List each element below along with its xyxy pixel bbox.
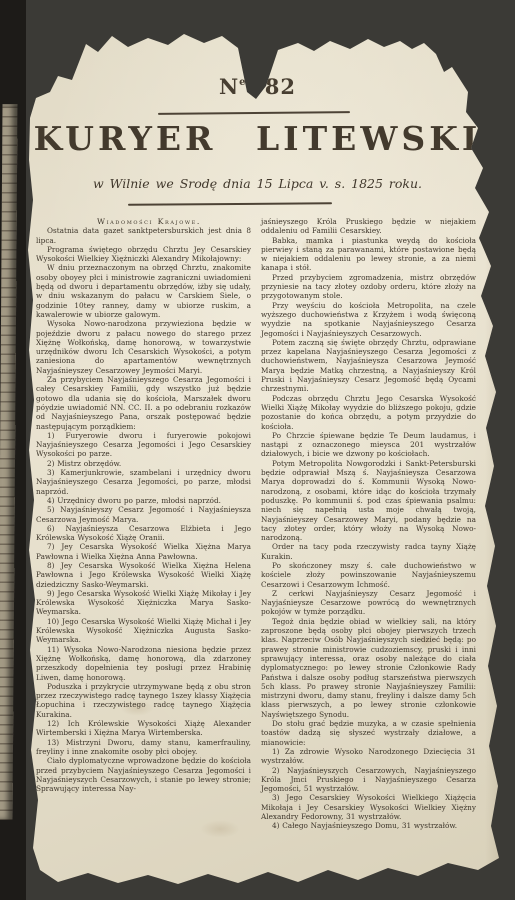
paragraph: 9) Jego Cesarska Wysokość Wielki Xiążę M… [36,589,251,617]
paragraph: Order na tacy poda rzeczywisty radca tay… [261,542,476,561]
paragraph: 7) Jey Cesarska Wysokość Wielka Xiężna M… [36,542,251,561]
paragraph: W dniu przeznaczonym na obrzęd Chrztu, z… [36,263,251,319]
paragraph: Przy weyściu do kościoła Metropolita, na… [261,301,476,338]
paragraph: 3) Jego Cesarskiey Wysokości Wielkiego X… [261,793,476,821]
scanned-newspaper-page: Ner82 KURYER LITEWSKI w Wilnie we Srodę … [0,0,515,900]
column-left-paragraphs: Ostatnia data gazet sanktpetersburskich … [36,226,251,793]
column-right-paragraphs: jaśnieyszego Króla Pruskiego będzie w ni… [261,217,476,831]
issue-number: 82 [265,74,296,99]
paragraph: 4) Urzędnicy dworu po parze, młodsi napr… [36,496,251,505]
paragraph: Podczas obrzędu Chrztu Jego Cesarska Wys… [261,394,476,431]
newspaper-sheet: Ner82 KURYER LITEWSKI w Wilnie we Srodę … [0,0,515,900]
paragraph: Wysoka Nowo-narodzona przywieziona będzi… [36,319,251,375]
paragraph: 5) Nayjaśnieyszy Cesarz Jegomość i Nayja… [36,505,251,524]
column-right: jaśnieyszego Króla Pruskiego będzie w ni… [261,217,476,831]
paragraph: Babka, mamka i piastunka weydą do kościo… [261,236,476,273]
adjacent-page-sliver [0,0,26,900]
paragraph: 12) Ich Królewskie Wysokości Xiążę Alexa… [36,719,251,738]
paragraph: jaśnieyszego Króla Pruskiego będzie w ni… [261,217,476,236]
paragraph: 6) Nayjaśnieysza Cesarzowa Elżbieta i Je… [36,524,251,543]
paragraph: Po Chrzcie śpiewane będzie Te Deum lauda… [261,431,476,459]
paragraph: 2) Nayjaśnieyszych Cesarzowych, Nayjaśni… [261,766,476,794]
paragraph: Ciało dyplomatyczne wprowadzone będzie d… [36,756,251,793]
paragraph: Ostatnia data gazet sanktpetersburskich … [36,226,251,245]
adjacent-page-text-edge [0,104,17,820]
paragraph: 2) Mistrz obrzędów. [36,459,251,468]
paragraph: Z cerkwi Nayjaśnieyszy Cesarz Jegomość i… [261,589,476,617]
paragraph: Po skończoney mszy ś. całe duchowieństwo… [261,561,476,589]
paragraph: Do stołu grać będzie muzyka, a w czasie … [261,719,476,747]
paragraph: 13) Mistrzyni Dworu, damy stanu, kamerfr… [36,738,251,757]
issue-prefix: N [219,74,239,99]
dateline: w Wilnie we Srodę dnia 15 Lipca v. s. 18… [0,176,515,191]
paragraph: 1) Furyerowie dworu i furyerowie pokojow… [36,431,251,459]
issue-number-line: Ner82 [0,74,515,99]
newspaper-title: KURYER LITEWSKI [0,119,515,158]
header-rule-top [158,111,350,115]
paragraph: 4) Całego Nayjaśnieyszego Domu, 31 wystr… [261,821,476,830]
paragraph: Poduszka i przykrycie utrzymywane będą z… [36,682,251,719]
issue-superscript: er [239,77,251,88]
paragraph: 10) Jego Cesarska Wysokość Wielki Xiążę … [36,617,251,645]
column-left: Wiadomości Krajowe. Ostatnia data gazet … [36,217,251,831]
paragraph: Za przybyciem Nayjaśnieyszego Cesarza Je… [36,375,251,431]
paragraph: Potym Metropolita Nowgorodzki i Sankt-Pe… [261,459,476,543]
paragraph: Przed przybyciem zgromadzenia, mistrz ob… [261,273,476,301]
paragraph: 11) Wysoka Nowo-Narodzona niesiona będzi… [36,645,251,682]
paragraph: 8) Jey Cesarska Wysokość Wielka Xiężna H… [36,561,251,589]
section-heading: Wiadomości Krajowe. [36,217,251,226]
paragraph: Programa świętego obrzędu Chrztu Jey Ces… [36,245,251,264]
header-rule-bottom [128,202,332,205]
paragraph: 3) Kamerjunkrowie, szambelani i urzędnic… [36,468,251,496]
body-columns: Wiadomości Krajowe. Ostatnia data gazet … [36,217,476,831]
paragraph: Tegoż dnia będzie obiad w wielkiey sali,… [261,617,476,719]
paragraph: 1) Za zdrowie Wysoko Narodzonego Dziecię… [261,747,476,766]
paragraph: Potem zaczną się święte obrzędy Chrztu, … [261,338,476,394]
